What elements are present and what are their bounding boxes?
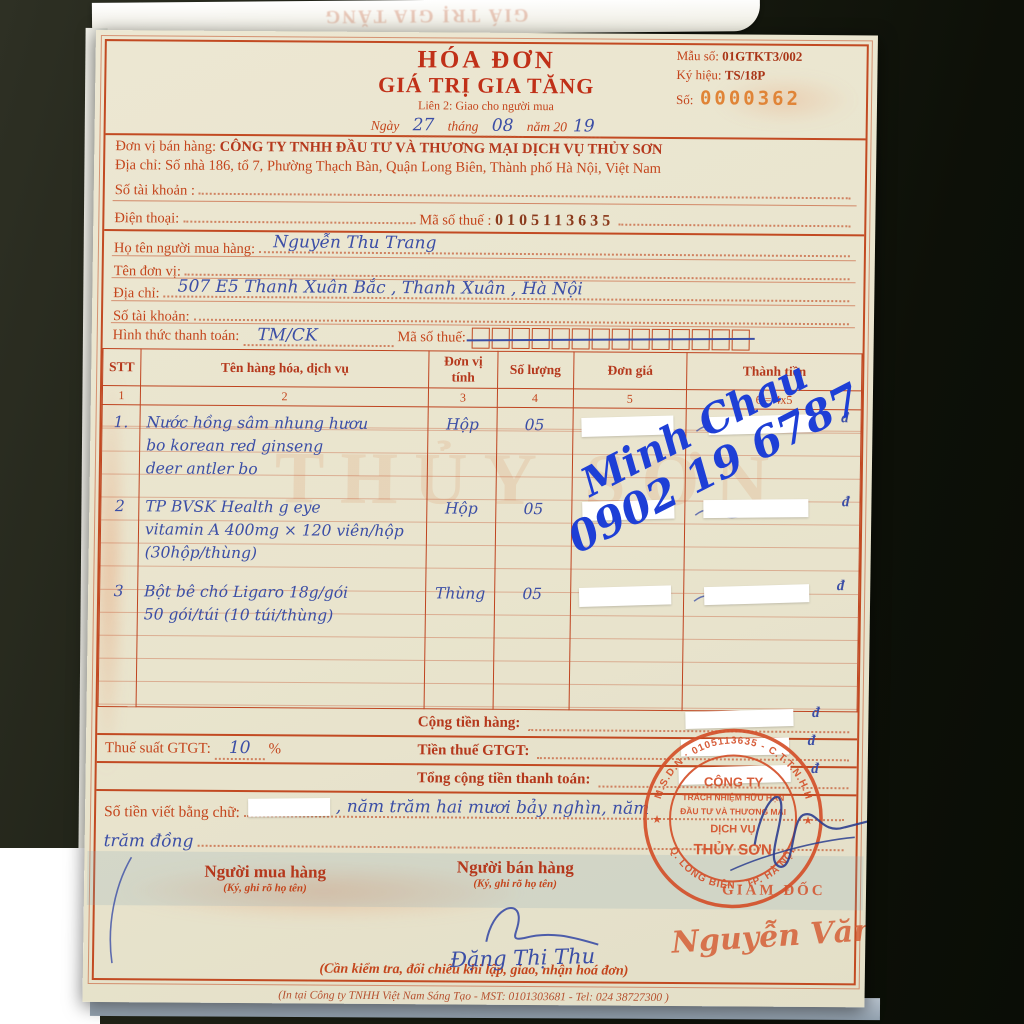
director-signature-scribble bbox=[724, 774, 878, 875]
vat-rate-group: Thuế suất GTGT: 10 % bbox=[105, 738, 418, 762]
currency-mark: đ bbox=[812, 705, 820, 722]
item3-stt: 3 bbox=[100, 580, 137, 603]
seller-phone-row: Điện thoại: Mã số thuế : 0105113635 bbox=[112, 201, 856, 234]
seller-signature-name: Đặng Thị Thu bbox=[450, 944, 596, 972]
col-header-amount: Thành tiền bbox=[687, 353, 862, 391]
items-body-row: 1. 2 3 Nước hồng sâm nhung hươu bo korea… bbox=[98, 405, 861, 712]
colnum-4: 4 bbox=[497, 389, 573, 409]
date-year-handwritten: 19 bbox=[567, 117, 601, 139]
buyer-name-handwritten: Nguyễn Thu Trang bbox=[273, 234, 436, 254]
invoice-sheet: THỦY SƠN HÓA ĐƠN GIÁ TRỊ GIA TĂNG Liên 2… bbox=[82, 30, 878, 1007]
buyer-address-blank: 507 E5 Thanh Xuân Bắc , Thanh Xuân , Hà … bbox=[164, 279, 850, 303]
redaction-box bbox=[578, 586, 670, 608]
buyer-signer-role: Người mua hàng bbox=[155, 862, 375, 884]
payment-method-label: Hình thức thanh toán: bbox=[113, 326, 240, 346]
seller-phone-blank bbox=[183, 204, 415, 225]
payment-method-handwritten: TM/CK bbox=[257, 326, 317, 345]
items-table: STT Tên hàng hóa, dịch vụ Đơn vị tính Số… bbox=[98, 348, 863, 712]
form-number-line: Mẫu số: 01GTKT3/002 bbox=[677, 47, 859, 67]
percent-sign: % bbox=[268, 742, 281, 759]
items-header-row: STT Tên hàng hóa, dịch vụ Đơn vị tính Số… bbox=[103, 349, 862, 391]
amount-words-label: Số tiền viết bằng chữ: bbox=[104, 804, 240, 823]
item2-name-handwritten: TP BVSK Health g eye vitamin A 400mg × 1… bbox=[144, 496, 422, 567]
buyer-section: Họ tên người mua hàng: Nguyễn Thu Trang … bbox=[103, 229, 865, 353]
redaction-box bbox=[248, 798, 330, 817]
colnum-3: 3 bbox=[429, 388, 498, 407]
item3-unit: Thùng bbox=[426, 583, 494, 606]
item1-unit: Hộp bbox=[429, 414, 497, 437]
redaction-box bbox=[581, 416, 673, 438]
amount-words-handwritten1: , năm trăm hai mươi bảy nghìn, năm bbox=[336, 797, 650, 819]
date-month-label: tháng bbox=[448, 119, 479, 134]
date-year-label: năm 20 bbox=[527, 119, 567, 134]
spacer bbox=[105, 721, 417, 723]
director-title: GIÁM ĐỐC bbox=[722, 882, 826, 900]
seller-name-label: Đơn vị bán hàng: bbox=[115, 138, 216, 158]
col-header-unit: Đơn vị tính bbox=[429, 351, 498, 388]
unit-price-column bbox=[569, 408, 687, 711]
seller-tax-code: 0105113635 bbox=[495, 211, 614, 231]
redaction-box bbox=[582, 500, 674, 522]
item2-qty: 05 bbox=[496, 498, 571, 522]
qty-column: 05 05 05 bbox=[493, 408, 573, 711]
backpage-showthrough-text: GIÁ TRỊ GIA TĂNG bbox=[92, 1, 760, 29]
pen-stroke bbox=[96, 855, 138, 965]
colnum-2: 2 bbox=[140, 386, 429, 407]
redaction-box bbox=[709, 415, 814, 436]
col-header-stt: STT bbox=[103, 349, 141, 386]
invoice-meta-block: Mẫu số: 01GTKT3/002 Ký hiệu: TS/18P Số: … bbox=[676, 47, 859, 114]
item-name-column: Nước hồng sâm nhung hươu bo korean red g… bbox=[136, 405, 429, 709]
symbol-line: Ký hiệu: TS/18P bbox=[676, 66, 858, 86]
serial-label: Số: bbox=[676, 92, 694, 107]
form-label: Mẫu số: bbox=[677, 48, 719, 63]
subtotal-label: Cộng tiền hàng: bbox=[418, 714, 521, 732]
buyer-tax-boxes bbox=[472, 328, 750, 351]
seller-signature-title: Người bán hàng (Ký, ghi rõ họ tên) bbox=[405, 858, 625, 892]
date-month-handwritten: 08 bbox=[482, 116, 524, 138]
date-prefix: Ngày bbox=[371, 118, 400, 133]
amount-words-handwritten2: trăm đồng bbox=[104, 832, 194, 853]
colnum-1: 1 bbox=[102, 386, 140, 405]
invoice-header: HÓA ĐƠN GIÁ TRỊ GIA TĂNG Liên 2: Giao ch… bbox=[106, 41, 867, 139]
currency-mark: đ bbox=[842, 495, 850, 512]
item1-qty: 05 bbox=[497, 414, 572, 438]
seller-tax-blank bbox=[618, 207, 850, 228]
stt-column: 1. 2 3 bbox=[98, 405, 140, 707]
symbol-label: Ký hiệu: bbox=[676, 67, 721, 82]
serial-number: 0000362 bbox=[700, 87, 801, 110]
buyer-name-blank: Nguyễn Thu Trang bbox=[259, 235, 850, 258]
redaction-box bbox=[704, 585, 809, 606]
seller-account-label: Số tài khoản : bbox=[115, 182, 195, 202]
buyer-signer-note: (Ký, ghi rõ họ tên) bbox=[155, 882, 375, 896]
buyer-address-handwritten: 507 E5 Thanh Xuân Bắc , Thanh Xuân , Hà … bbox=[178, 278, 583, 300]
redaction-box bbox=[704, 500, 809, 519]
item2-unit: Hộp bbox=[428, 498, 496, 521]
colnum-5: 5 bbox=[573, 389, 687, 409]
seller-signer-role: Người bán hàng bbox=[405, 858, 625, 880]
seller-account-blank bbox=[199, 176, 851, 200]
unit-column: Hộp Hộp Thùng bbox=[424, 407, 497, 709]
seller-tax-label: Mã số thuế : bbox=[419, 212, 491, 232]
spacer bbox=[105, 777, 417, 779]
item2-stt: 2 bbox=[101, 495, 138, 518]
item3-name-handwritten: Bột bê chó Ligaro 18g/gói 50 gói/túi (10… bbox=[144, 581, 422, 629]
buyer-account-blank bbox=[193, 302, 849, 326]
currency-mark: đ bbox=[837, 579, 845, 596]
currency-mark: đ bbox=[841, 411, 849, 428]
symbol-value: TS/18P bbox=[725, 67, 766, 82]
col-header-item-name: Tên hàng hóa, dịch vụ bbox=[140, 349, 429, 388]
serial-line: Số: 0000362 bbox=[676, 85, 858, 114]
form-value: 01GTKT3/002 bbox=[722, 48, 802, 64]
colnum-6: 6 = 4x5 bbox=[687, 390, 862, 410]
amount-column: đ đ đ bbox=[682, 409, 861, 712]
buyer-tax-label: Mã số thuế: bbox=[397, 328, 466, 347]
seal-star-left: ★ bbox=[652, 814, 662, 826]
col-header-qty: Số lượng bbox=[497, 352, 573, 390]
vat-rate-handwritten: 10 bbox=[215, 738, 265, 760]
item1-stt: 1. bbox=[102, 411, 139, 434]
grand-total-label: Tổng cộng tiền thanh toán: bbox=[417, 770, 591, 788]
item1-name-handwritten: Nước hồng sâm nhung hươu bo korean red g… bbox=[146, 412, 424, 483]
payment-method-blank: TM/CK bbox=[243, 327, 393, 347]
seller-phone-label: Điện thoại: bbox=[114, 210, 179, 229]
seller-signature-scribble bbox=[472, 898, 603, 951]
vat-rate-label: Thuế suất GTGT: bbox=[105, 741, 211, 759]
items-table-wrap: STT Tên hàng hóa, dịch vụ Đơn vị tính Số… bbox=[98, 348, 863, 712]
buyer-signature-title: Người mua hàng (Ký, ghi rõ họ tên) bbox=[155, 862, 375, 896]
col-header-unit-price: Đơn giá bbox=[573, 352, 687, 390]
vat-amount-label: Tiền thuế GTGT: bbox=[417, 742, 529, 760]
seller-signer-note: (Ký, ghi rõ họ tên) bbox=[405, 878, 625, 892]
item3-qty: 05 bbox=[495, 583, 570, 607]
date-day-handwritten: 27 bbox=[402, 116, 444, 138]
seller-address-label: Địa chỉ: bbox=[115, 157, 162, 176]
seller-section: Đơn vị bán hàng: CÔNG TY TNHH ĐẦU TƯ VÀ … bbox=[104, 134, 865, 235]
